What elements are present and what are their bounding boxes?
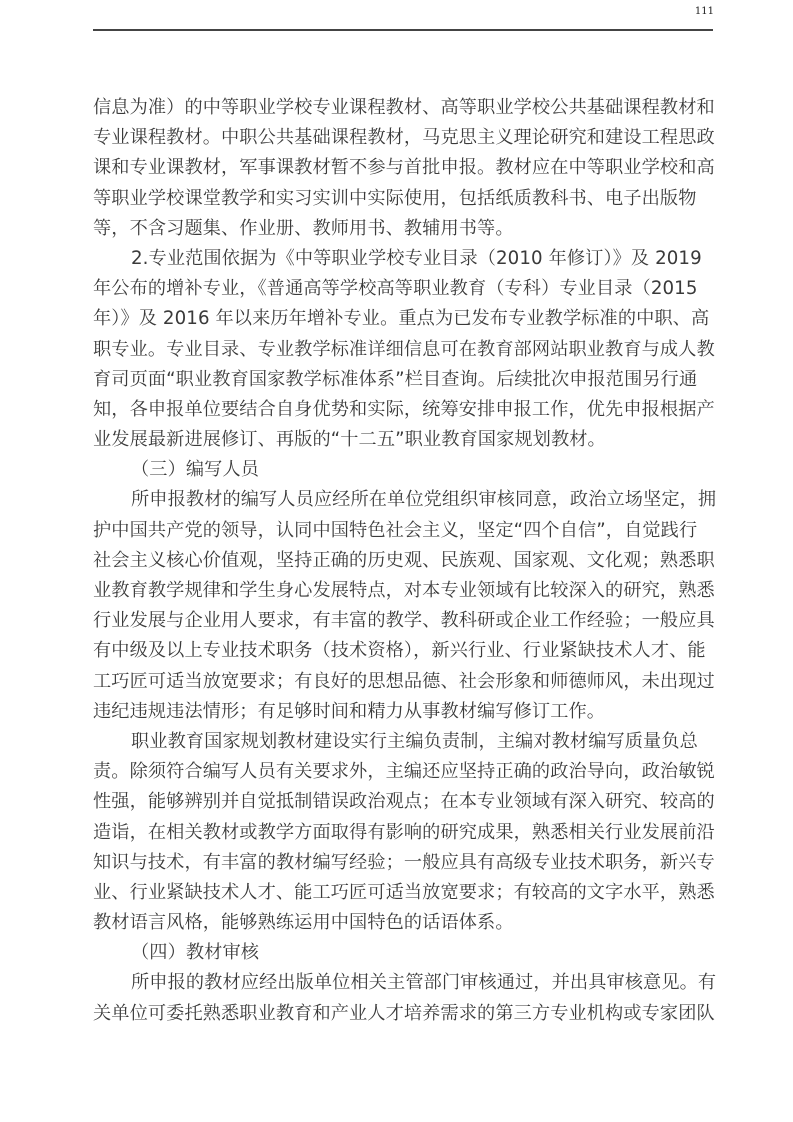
text-line: 教材语言风格，能够熟练运用中国特色的话语体系。 — [93, 908, 713, 938]
text-line: 社会主义核心价值观，坚持正确的历史观、民族观、国家观、文化观；熟悉职 — [93, 546, 713, 576]
text-line: 年公布的增补专业，《普通高等学校高等职业教育（专科）专业目录（2015 — [93, 274, 713, 304]
paragraph-start: 职业教育国家规划教材建设实行主编负责制，主编对教材编写质量负总 — [93, 727, 713, 757]
paragraph-start: 所申报的教材应经出版单位相关主管部门审核通过，并出具审核意见。有 — [93, 968, 713, 998]
text-line: 责。除须符合编写人员有关要求外，主编还应坚持正确的政治导向，政治敏锐 — [93, 757, 713, 787]
text-line: 造诣，在相关教材或教学方面取得有影响的研究成果，熟悉相关行业发展前沿 — [93, 818, 713, 848]
text-line: 等，不含习题集、作业册、教师用书、教辅用书等。 — [93, 214, 713, 244]
text-line: 有中级及以上专业技术职务（技术资格），新兴行业、行业紧缺技术人才、能 — [93, 636, 713, 666]
text-line: 职专业。专业目录、专业教学标准详细信息可在教育部网站职业教育与成人教 — [93, 335, 713, 365]
text-line: 年）》及 2016 年以来历年增补专业。重点为已发布专业教学标准的中职、高 — [93, 304, 713, 334]
text-line: 护中国共产党的领导，认同中国特色社会主义，坚定“四个自信”，自觉践行 — [93, 516, 713, 546]
text-line: 工巧匠可适当放宽要求；有良好的思想品德、社会形象和师德师风，未出现过 — [93, 667, 713, 697]
text-line: 违纪违规违法情形；有足够时间和精力从事教材编写修订工作。 — [93, 697, 713, 727]
text-line: 课和专业课教材，军事课教材暂不参与首批申报。教材应在中等职业学校和高 — [93, 153, 713, 183]
section-heading-writers: （三）编写人员 — [93, 455, 713, 485]
page-number: 111 — [690, 6, 714, 17]
paragraph-start: 2.专业范围依据为《中等职业学校专业目录（2010 年修订）》及 2019 — [93, 244, 713, 274]
text-line: 等职业学校课堂教学和实习实训中实际使用，包括纸质教科书、电子出版物 — [93, 184, 713, 214]
section-heading-review: （四）教材审核 — [93, 938, 713, 968]
text-line: 性强，能够辨别并自觉抵制错误政治观点；在本专业领域有深入研究、较高的 — [93, 787, 713, 817]
text-line: 知，各申报单位要结合自身优势和实际，统筹安排申报工作，优先申报根据产 — [93, 395, 713, 425]
header-rule — [93, 29, 713, 31]
text-line: 行业发展与企业用人要求，有丰富的教学、教科研或企业工作经验；一般应具 — [93, 606, 713, 636]
document-body: 信息为准）的中等职业学校专业课程教材、高等职业学校公共基础课程教材和 专业课程教… — [93, 93, 713, 1029]
text-line: 知识与技术，有丰富的教材编写经验；一般应具有高级专业技术职务，新兴专 — [93, 848, 713, 878]
text-line: 信息为准）的中等职业学校专业课程教材、高等职业学校公共基础课程教材和 — [93, 93, 713, 123]
text-line: 业发展最新进展修订、再版的“十二五”职业教育国家规划教材。 — [93, 425, 713, 455]
text-line: 业、行业紧缺技术人才、能工巧匠可适当放宽要求；有较高的文字水平，熟悉 — [93, 878, 713, 908]
text-line: 业教育教学规律和学生身心发展特点，对本专业领域有比较深入的研究，熟悉 — [93, 576, 713, 606]
paragraph-start: 所申报教材的编写人员应经所在单位党组织审核同意，政治立场坚定，拥 — [93, 485, 713, 515]
text-line: 专业课程教材。中职公共基础课程教材，马克思主义理论研究和建设工程思政 — [93, 123, 713, 153]
text-line: 育司页面“职业教育国家教学标准体系”栏目查询。后续批次申报范围另行通 — [93, 365, 713, 395]
text-line: 关单位可委托熟悉职业教育和产业人才培养需求的第三方专业机构或专家团队 — [93, 999, 713, 1029]
